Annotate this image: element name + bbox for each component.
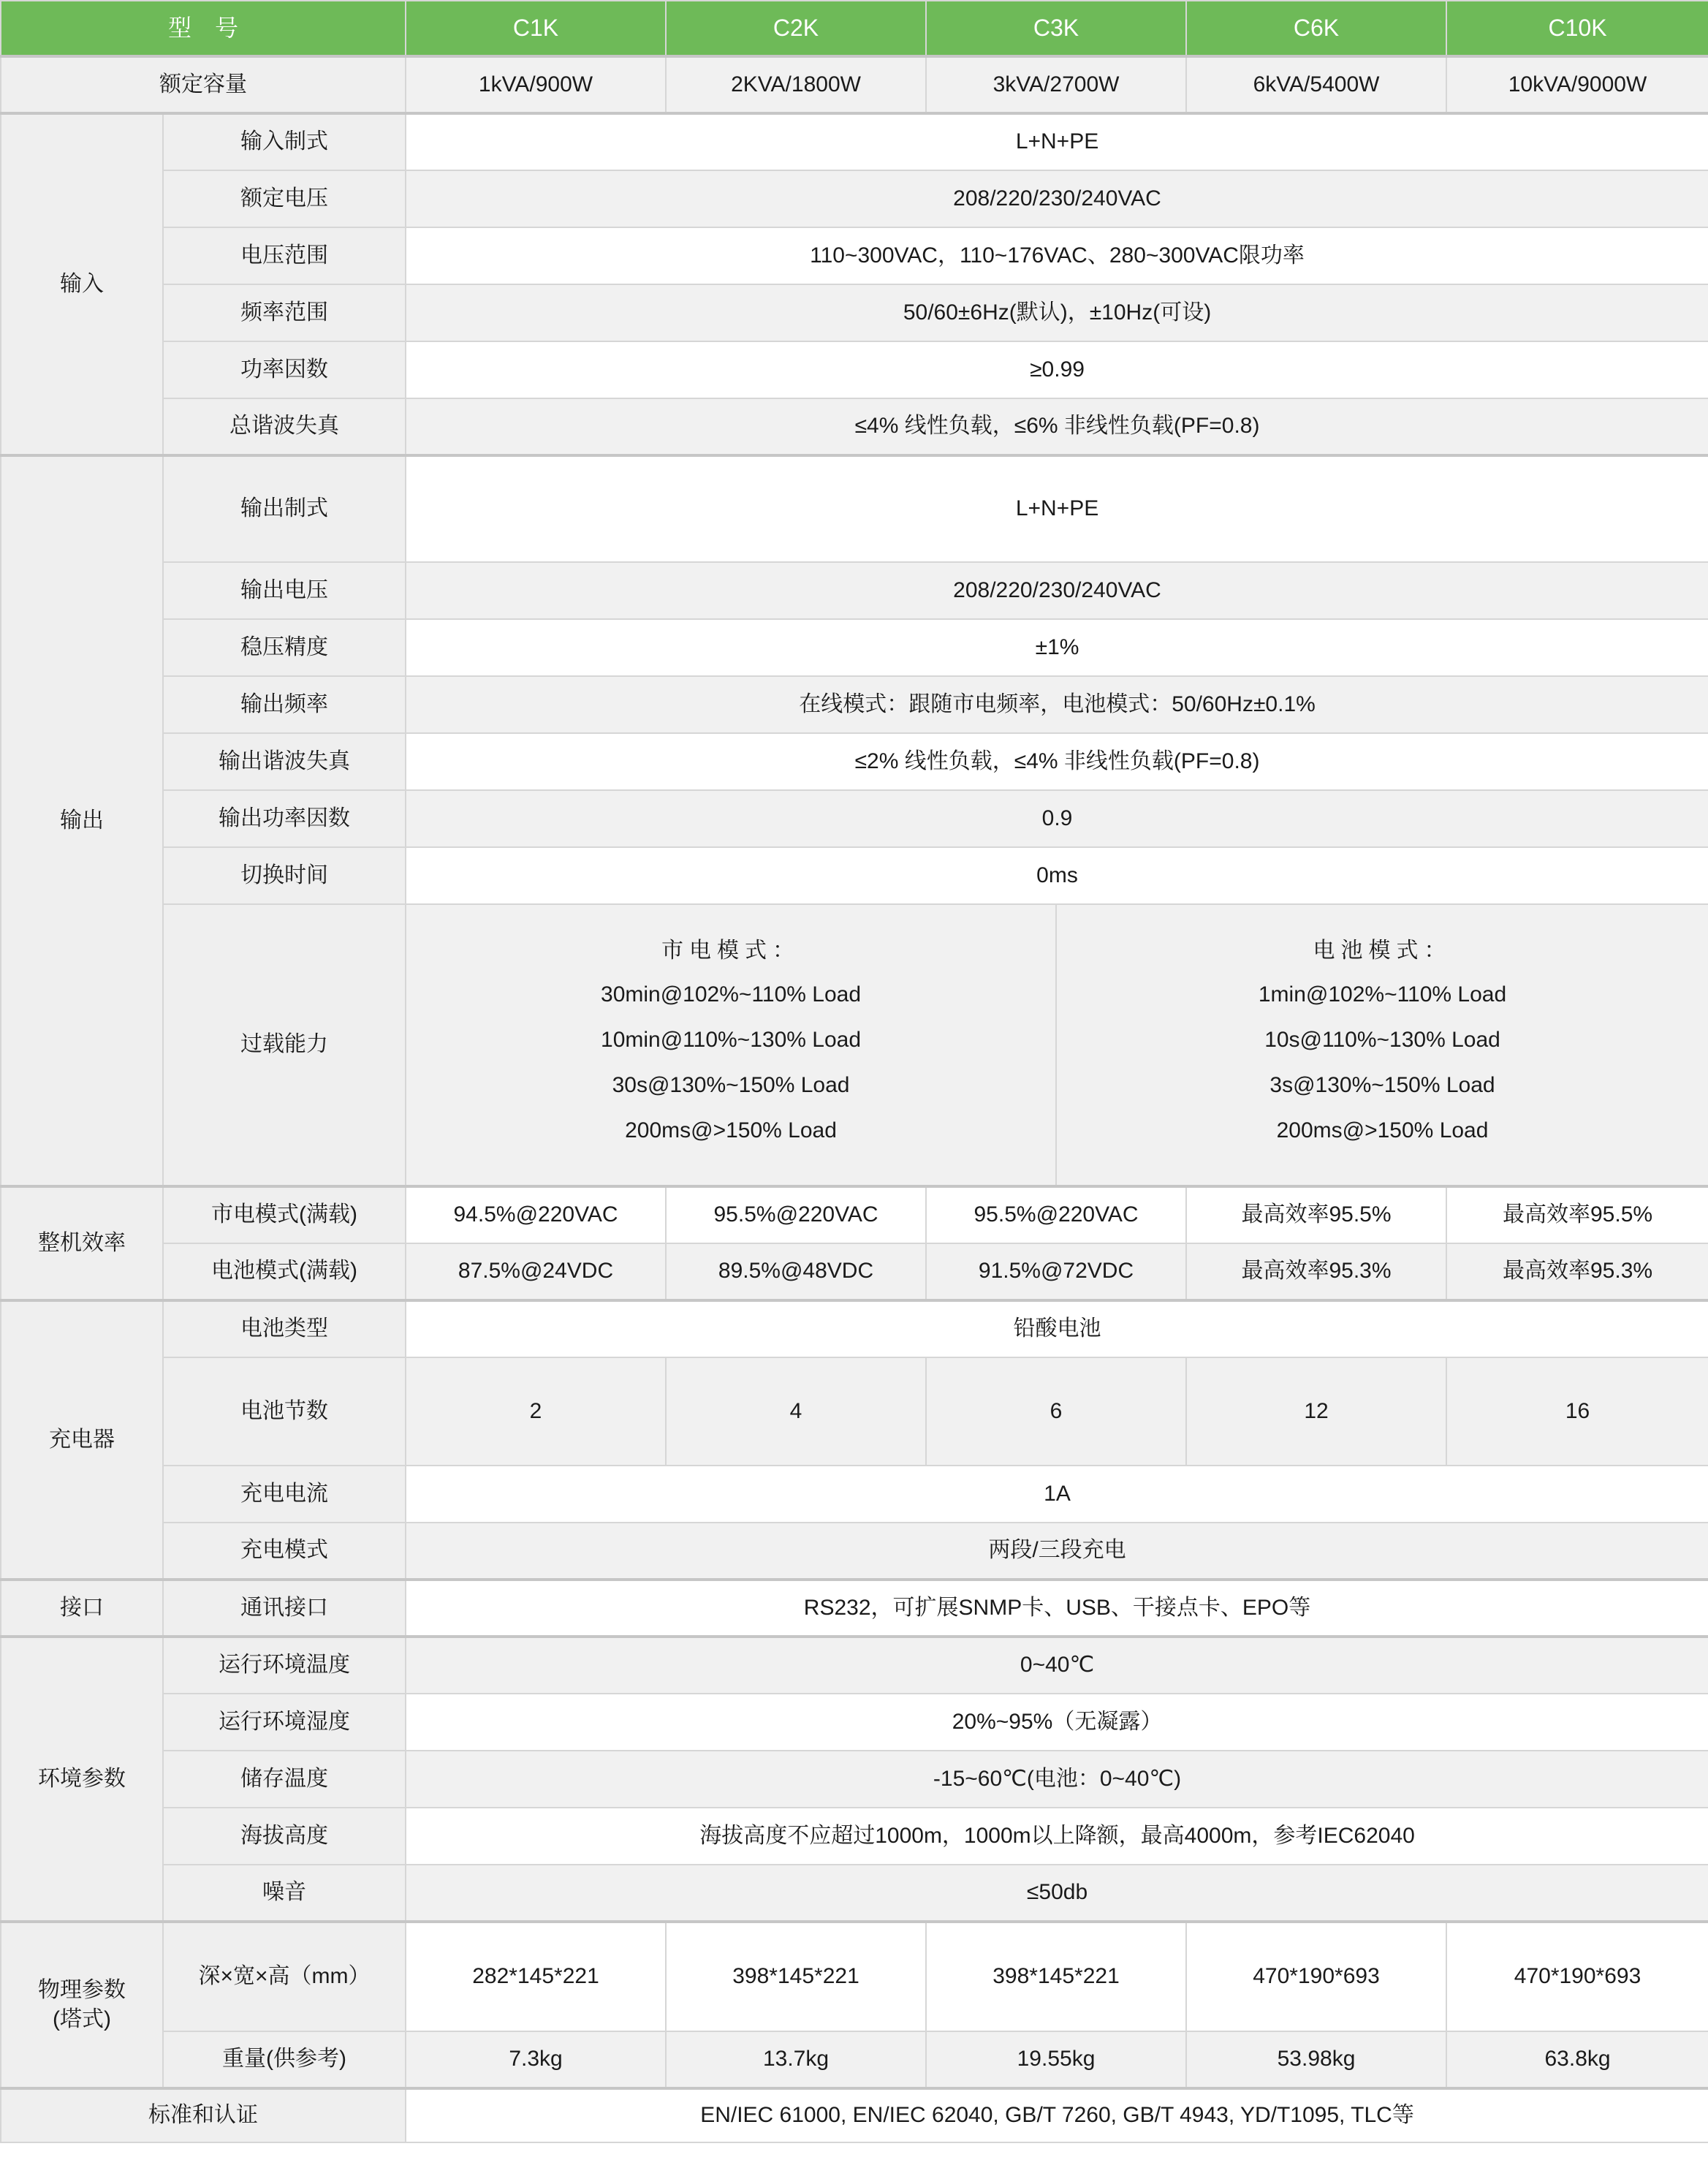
env-altitude-label: 海拔高度 [163,1808,406,1865]
comm-interface-value: RS232，可扩展SNMP卡、USB、干接点卡、EPO等 [406,1580,1708,1637]
weight-c10k: 63.8kg [1446,2031,1708,2088]
overload-mains-line: 30min@102%~110% Load [414,972,1048,1017]
charge-mode-label: 充电模式 [163,1523,406,1580]
efficiency-battery-label: 电池模式(满载) [163,1243,406,1300]
model-header-label: 型 号 [1,1,406,56]
input-power-factor-label: 功率因数 [163,341,406,398]
input-row-voltage: 额定电压 208/220/230/240VAC [1,170,1708,227]
dimensions-label: 深×宽×高（mm） [163,1922,406,2031]
rated-capacity-c3k: 3kVA/2700W [926,56,1186,113]
output-format-label: 输出制式 [163,455,406,562]
efficiency-group-label: 整机效率 [1,1186,163,1300]
standards-row: 标准和认证 EN/IEC 61000, EN/IEC 62040, GB/T 7… [1,2088,1708,2142]
input-thd-label: 总谐波失真 [163,398,406,455]
efficiency-battery-c1k: 87.5%@24VDC [406,1243,666,1300]
efficiency-mains-c2k: 95.5%@220VAC [666,1186,926,1243]
model-header-c10k: C10K [1446,1,1708,56]
overload-battery-title: 电池模式： [1064,936,1701,966]
rated-capacity-c10k: 10kVA/9000W [1446,56,1708,113]
output-format-value: L+N+PE [406,455,1708,562]
env-row-storage-temp: 储存温度 -15~60℃(电池：0~40℃) [1,1751,1708,1808]
dimensions-c2k: 398*145*221 [666,1922,926,2031]
input-voltage-value: 208/220/230/240VAC [406,170,1708,227]
overload-battery-line: 1min@102%~110% Load [1064,972,1701,1017]
output-frequency-label: 输出频率 [163,676,406,733]
charger-row-mode: 充电模式 两段/三段充电 [1,1523,1708,1580]
env-humidity-value: 20%~95%（无凝露） [406,1694,1708,1751]
model-header-c6k: C6K [1186,1,1446,56]
output-row-voltage: 输出电压 208/220/230/240VAC [1,562,1708,619]
efficiency-mains-c6k: 最高效率95.5% [1186,1186,1446,1243]
overload-label: 过载能力 [163,904,406,1186]
input-group-label: 输入 [1,113,163,455]
standards-label: 标准和认证 [1,2088,406,2142]
spec-table: 型 号 C1K C2K C3K C6K C10K 额定容量 1kVA/900W … [0,0,1708,2143]
charge-current-value: 1A [406,1466,1708,1523]
input-row-thd: 总谐波失真 ≤4% 线性负载，≤6% 非线性负载(PF=0.8) [1,398,1708,455]
efficiency-mains-c3k: 95.5%@220VAC [926,1186,1186,1243]
input-row-format: 输入 输入制式 L+N+PE [1,113,1708,170]
dimensions-c10k: 470*190*693 [1446,1922,1708,2031]
rated-capacity-row: 额定容量 1kVA/900W 2KVA/1800W 3kVA/2700W 6kV… [1,56,1708,113]
output-group-label: 输出 [1,455,163,1186]
env-noise-label: 噪音 [163,1865,406,1922]
output-voltage-value: 208/220/230/240VAC [406,562,1708,619]
output-regulation-value: ±1% [406,619,1708,676]
output-row-power-factor: 输出功率因数 0.9 [1,790,1708,847]
input-power-factor-value: ≥0.99 [406,341,1708,398]
dimensions-c3k: 398*145*221 [926,1922,1186,2031]
efficiency-mains-label: 市电模式(满载) [163,1186,406,1243]
input-row-power-factor: 功率因数 ≥0.99 [1,341,1708,398]
env-altitude-value: 海拔高度不应超过1000m，1000m以上降额，最高4000m，参考IEC620… [406,1808,1708,1865]
battery-count-c2k: 4 [666,1357,926,1466]
output-row-regulation: 稳压精度 ±1% [1,619,1708,676]
dimensions-c6k: 470*190*693 [1186,1922,1446,2031]
battery-count-c6k: 12 [1186,1357,1446,1466]
overload-mains-title: 市电模式： [414,936,1048,966]
output-voltage-label: 输出电压 [163,562,406,619]
overload-mains-line: 10min@110%~130% Load [414,1017,1048,1063]
battery-count-c3k: 6 [926,1357,1186,1466]
battery-count-c10k: 16 [1446,1357,1708,1466]
dimensions-c1k: 282*145*221 [406,1922,666,2031]
rated-capacity-c2k: 2KVA/1800W [666,56,926,113]
rated-capacity-c1k: 1kVA/900W [406,56,666,113]
overload-battery-line: 10s@110%~130% Load [1064,1017,1701,1063]
charger-row-battery-count: 电池节数 2 4 6 12 16 [1,1357,1708,1466]
battery-type-label: 电池类型 [163,1300,406,1357]
input-format-label: 输入制式 [163,113,406,170]
input-freq-range-label: 频率范围 [163,284,406,341]
output-thd-label: 输出谐波失真 [163,733,406,790]
env-operating-temp-label: 运行环境温度 [163,1637,406,1694]
charger-group-label: 充电器 [1,1300,163,1580]
input-voltage-range-label: 电压范围 [163,227,406,284]
charge-mode-value: 两段/三段充电 [406,1523,1708,1580]
output-thd-value: ≤2% 线性负载，≤4% 非线性负载(PF=0.8) [406,733,1708,790]
env-row-humidity: 运行环境湿度 20%~95%（无凝露） [1,1694,1708,1751]
efficiency-row-battery: 电池模式(满载) 87.5%@24VDC 89.5%@48VDC 91.5%@7… [1,1243,1708,1300]
input-row-freq-range: 频率范围 50/60±6Hz(默认)，±10Hz(可设) [1,284,1708,341]
input-thd-value: ≤4% 线性负载，≤6% 非线性负载(PF=0.8) [406,398,1708,455]
overload-mains-line: 30s@130%~150% Load [414,1063,1048,1108]
output-power-factor-value: 0.9 [406,790,1708,847]
env-row-noise: 噪音 ≤50db [1,1865,1708,1922]
battery-type-value: 铅酸电池 [406,1300,1708,1357]
output-power-factor-label: 输出功率因数 [163,790,406,847]
output-regulation-label: 稳压精度 [163,619,406,676]
input-row-voltage-range: 电压范围 110~300VAC，110~176VAC、280~300VAC限功率 [1,227,1708,284]
charger-row-battery-type: 充电器 电池类型 铅酸电池 [1,1300,1708,1357]
weight-c3k: 19.55kg [926,2031,1186,2088]
output-frequency-value: 在线模式：跟随市电频率，电池模式：50/60Hz±0.1% [406,676,1708,733]
input-format-value: L+N+PE [406,113,1708,170]
env-group-label: 环境参数 [1,1637,163,1922]
weight-c6k: 53.98kg [1186,2031,1446,2088]
interface-row: 接口 通讯接口 RS232，可扩展SNMP卡、USB、干接点卡、EPO等 [1,1580,1708,1637]
efficiency-battery-c2k: 89.5%@48VDC [666,1243,926,1300]
env-row-altitude: 海拔高度 海拔高度不应超过1000m，1000m以上降额，最高4000m，参考I… [1,1808,1708,1865]
output-row-format: 输出 输出制式 L+N+PE [1,455,1708,562]
battery-count-label: 电池节数 [163,1357,406,1466]
overload-battery-cell: 电池模式： 1min@102%~110% Load 10s@110%~130% … [1056,904,1708,1186]
efficiency-battery-c6k: 最高效率95.3% [1186,1243,1446,1300]
rated-capacity-c6k: 6kVA/5400W [1186,56,1446,113]
env-noise-value: ≤50db [406,1865,1708,1922]
charge-current-label: 充电电流 [163,1466,406,1523]
output-row-frequency: 输出频率 在线模式：跟随市电频率，电池模式：50/60Hz±0.1% [1,676,1708,733]
input-freq-range-value: 50/60±6Hz(默认)，±10Hz(可设) [406,284,1708,341]
charger-row-current: 充电电流 1A [1,1466,1708,1523]
overload-mains-cell: 市电模式： 30min@102%~110% Load 10min@110%~13… [406,904,1056,1186]
env-operating-temp-value: 0~40℃ [406,1637,1708,1694]
output-row-thd: 输出谐波失真 ≤2% 线性负载，≤4% 非线性负载(PF=0.8) [1,733,1708,790]
weight-label: 重量(供参考) [163,2031,406,2088]
model-header-row: 型 号 C1K C2K C3K C6K C10K [1,1,1708,56]
overload-battery-line: 3s@130%~150% Load [1064,1063,1701,1108]
output-row-overload: 过载能力 市电模式： 30min@102%~110% Load 10min@11… [1,904,1708,1186]
input-voltage-label: 额定电压 [163,170,406,227]
env-storage-temp-value: -15~60℃(电池：0~40℃) [406,1751,1708,1808]
overload-battery-line: 200ms@>150% Load [1064,1108,1701,1153]
weight-c2k: 13.7kg [666,2031,926,2088]
physical-group-label: 物理参数 (塔式) [1,1922,163,2088]
interface-group-label: 接口 [1,1580,163,1637]
standards-value: EN/IEC 61000, EN/IEC 62040, GB/T 7260, G… [406,2088,1708,2142]
env-row-operating-temp: 环境参数 运行环境温度 0~40℃ [1,1637,1708,1694]
input-voltage-range-value: 110~300VAC，110~176VAC、280~300VAC限功率 [406,227,1708,284]
efficiency-battery-c10k: 最高效率95.3% [1446,1243,1708,1300]
model-header-c3k: C3K [926,1,1186,56]
efficiency-battery-c3k: 91.5%@72VDC [926,1243,1186,1300]
model-header-c2k: C2K [666,1,926,56]
comm-interface-label: 通讯接口 [163,1580,406,1637]
efficiency-mains-c1k: 94.5%@220VAC [406,1186,666,1243]
output-transfer-time-value: 0ms [406,847,1708,904]
physical-row-dimensions: 物理参数 (塔式) 深×宽×高（mm） 282*145*221 398*145*… [1,1922,1708,2031]
output-row-transfer-time: 切换时间 0ms [1,847,1708,904]
physical-row-weight: 重量(供参考) 7.3kg 13.7kg 19.55kg 53.98kg 63.… [1,2031,1708,2088]
overload-mains-line: 200ms@>150% Load [414,1108,1048,1153]
rated-capacity-label: 额定容量 [1,56,406,113]
model-header-c1k: C1K [406,1,666,56]
env-humidity-label: 运行环境湿度 [163,1694,406,1751]
output-transfer-time-label: 切换时间 [163,847,406,904]
efficiency-mains-c10k: 最高效率95.5% [1446,1186,1708,1243]
efficiency-row-mains: 整机效率 市电模式(满载) 94.5%@220VAC 95.5%@220VAC … [1,1186,1708,1243]
env-storage-temp-label: 储存温度 [163,1751,406,1808]
battery-count-c1k: 2 [406,1357,666,1466]
weight-c1k: 7.3kg [406,2031,666,2088]
